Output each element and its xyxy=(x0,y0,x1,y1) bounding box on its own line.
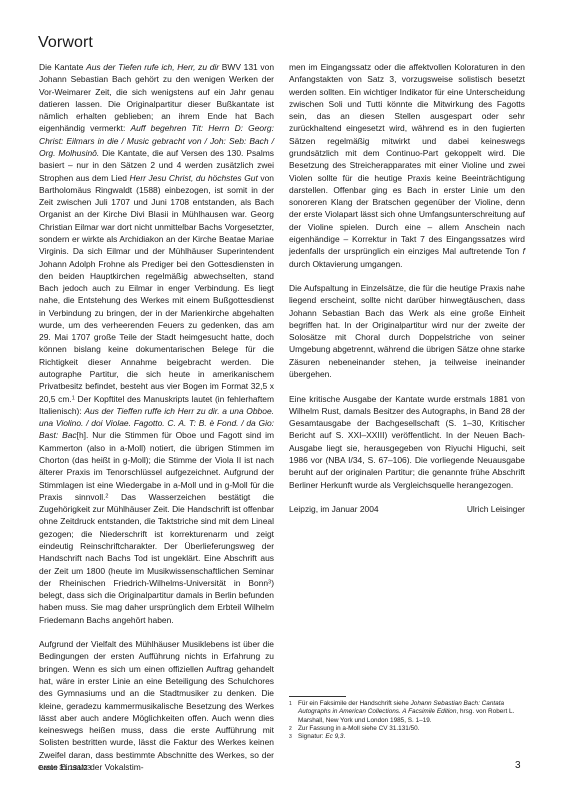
paragraph-movements: Die Aufspaltung in Einzelsätze, die für … xyxy=(289,282,525,380)
italic-text: Ec 9,3 xyxy=(325,733,343,740)
footnote-2: 2 Zur Fassung in a-Moll siehe CV 31.131/… xyxy=(289,725,525,733)
catalog-number: Carus 31.131/03 xyxy=(38,763,91,772)
author-name: Ulrich Leisinger xyxy=(467,503,525,515)
paragraph-history: Die Kantate Aus der Tiefen rufe ich, Her… xyxy=(39,61,274,626)
footnote-number: 3 xyxy=(289,733,292,741)
footnote-text: Signatur: Ec 9,3. xyxy=(298,733,345,740)
paragraph-editions: Eine kritische Ausgabe der Kantate wurde… xyxy=(289,393,525,491)
footnote-divider xyxy=(289,696,346,697)
italic-text: Herr Jesu Christ, du höchstes Gut xyxy=(130,173,258,183)
place-date: Leipzig, im Januar 2004 xyxy=(289,503,379,515)
italic-text: Johann Sebastian Bach: Canta­ta Autograp… xyxy=(298,700,504,715)
italic-text: Aus der Tieffen ruffe ich Herr zu dir. a… xyxy=(39,406,274,441)
italic-text: Auff begehren Tit: Herrn D: Georg: Chris… xyxy=(39,123,274,158)
left-column: Die Kantate Aus der Tiefen rufe ich, Her… xyxy=(39,61,274,773)
italic-text: Aus der Tiefen rufe ich, Herr, zu dir xyxy=(86,62,219,72)
paragraph-performance: Aufgrund der Vielfalt des Mühlhäuser Mus… xyxy=(39,638,274,773)
footnote-1: 1 Für ein Faksimile der Handschrift sieh… xyxy=(289,700,525,725)
footnote-3: 3 Signatur: Ec 9,3. xyxy=(289,733,525,741)
footnote-ref: 3 xyxy=(268,579,271,585)
footnote-number: 2 xyxy=(289,725,292,733)
footnote-ref: 1 xyxy=(72,395,75,401)
page-title: Vorwort xyxy=(38,34,93,52)
paragraph-scoring: men im Eingangssatz oder die affektvolle… xyxy=(289,61,525,270)
footnote-number: 1 xyxy=(289,700,292,708)
footnotes: 1 Für ein Faksimile der Handschrift sieh… xyxy=(289,700,525,741)
footnote-text: Zur Fassung in a-Moll siehe CV 31.131/50… xyxy=(298,725,420,732)
page-number: 3 xyxy=(515,760,521,771)
right-column: men im Eingangssatz oder die affektvolle… xyxy=(289,61,525,515)
signature-line: Leipzig, im Januar 2004 Ulrich Leisinger xyxy=(289,503,525,515)
italic-text: f xyxy=(523,246,525,256)
footnote-text: Für ein Faksimile der Handschrift siehe … xyxy=(298,700,514,724)
footnote-ref: 2 xyxy=(105,493,108,499)
